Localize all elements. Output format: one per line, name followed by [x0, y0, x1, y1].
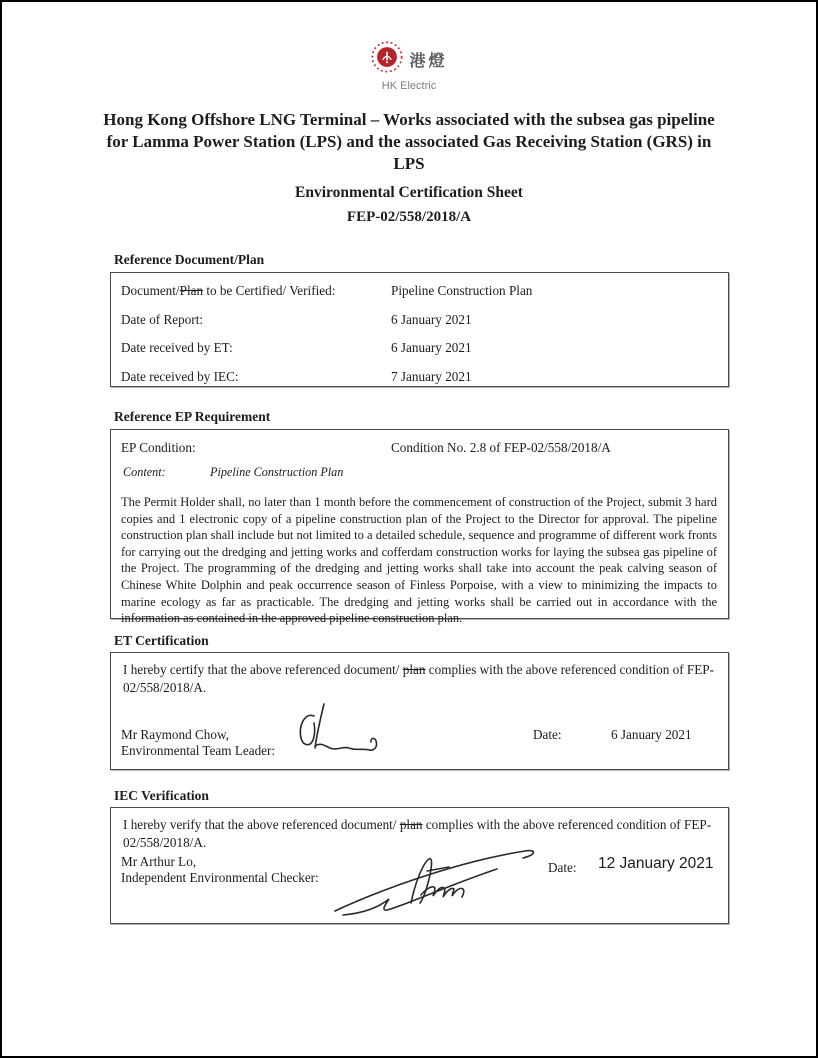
iec-signature [329, 841, 549, 923]
row-value: Pipeline Construction Plan [210, 465, 343, 480]
hk-electric-emblem-icon [370, 40, 404, 79]
table-row: Document/Plan to be Certified/ Verified:… [121, 283, 718, 312]
table-row: Date received by IEC: 7 January 2021 [121, 369, 718, 398]
signatory-role: Environmental Team Leader: [121, 743, 275, 759]
signatory-role: Independent Environmental Checker: [121, 870, 319, 886]
ep-requirement-box: EP Condition: Condition No. 2.8 of FEP-0… [110, 429, 729, 619]
et-signatory-block: Mr Raymond Chow, Environmental Team Lead… [121, 727, 275, 759]
et-certification-box: I hereby certify that the above referenc… [110, 652, 729, 770]
table-row: Date received by ET: 6 January 2021 [121, 340, 718, 369]
row-label: Content: [121, 465, 210, 480]
row-label: Date received by IEC: [121, 369, 391, 385]
logo-english-text: HK Electric [382, 80, 436, 92]
row-value: 6 January 2021 [391, 340, 718, 356]
iec-date-value: 12 January 2021 [598, 855, 713, 873]
reference-document-table: Document/Plan to be Certified/ Verified:… [110, 272, 729, 387]
section-heading-ep-requirement: Reference EP Requirement [114, 409, 270, 425]
ep-content-row: Content: Pipeline Construction Plan [121, 465, 717, 480]
struck-word: Plan [180, 283, 203, 298]
certification-sheet-page: 港燈 HK Electric Hong Kong Offshore LNG Te… [0, 0, 818, 1058]
section-heading-iec-verification: IEC Verification [114, 788, 209, 804]
title-block: Hong Kong Offshore LNG Terminal – Works … [2, 109, 816, 226]
row-label: Document/Plan to be Certified/ Verified: [121, 283, 391, 299]
table-row: Date of Report: 6 January 2021 [121, 312, 718, 341]
row-value: Pipeline Construction Plan [391, 283, 718, 299]
logo-chinese-text: 港燈 [409, 48, 447, 71]
row-label: Date received by ET: [121, 340, 391, 356]
hk-electric-logo: 港燈 HK Electric [2, 40, 816, 92]
struck-word: plan [400, 817, 423, 832]
struck-word: plan [403, 662, 426, 677]
document-subtitle: Environmental Certification Sheet [2, 184, 816, 202]
section-heading-reference-document: Reference Document/Plan [114, 252, 264, 268]
ep-condition-row: EP Condition: Condition No. 2.8 of FEP-0… [121, 440, 717, 456]
iec-signatory-block: Mr Arthur Lo, Independent Environmental … [121, 854, 319, 886]
permit-number: FEP-02/558/2018/A [2, 209, 816, 226]
et-date-label: Date: [533, 727, 562, 743]
section-heading-et-certification: ET Certification [114, 633, 209, 649]
et-date-value: 6 January 2021 [611, 727, 692, 743]
et-certification-statement: I hereby certify that the above referenc… [123, 661, 716, 696]
row-value: Condition No. 2.8 of FEP-02/558/2018/A [391, 440, 717, 456]
row-value: 6 January 2021 [391, 312, 718, 328]
row-value: 7 January 2021 [391, 369, 718, 385]
et-signature [294, 700, 402, 768]
ep-condition-paragraph: The Permit Holder shall, no later than 1… [121, 494, 717, 627]
document-title: Hong Kong Offshore LNG Terminal – Works … [97, 109, 722, 175]
signatory-name: Mr Raymond Chow, [121, 727, 275, 743]
signatory-name: Mr Arthur Lo, [121, 854, 319, 870]
row-label: EP Condition: [121, 440, 391, 456]
iec-date-label: Date: [548, 860, 577, 876]
iec-verification-box: I hereby verify that the above reference… [110, 807, 729, 924]
row-label: Date of Report: [121, 312, 391, 328]
